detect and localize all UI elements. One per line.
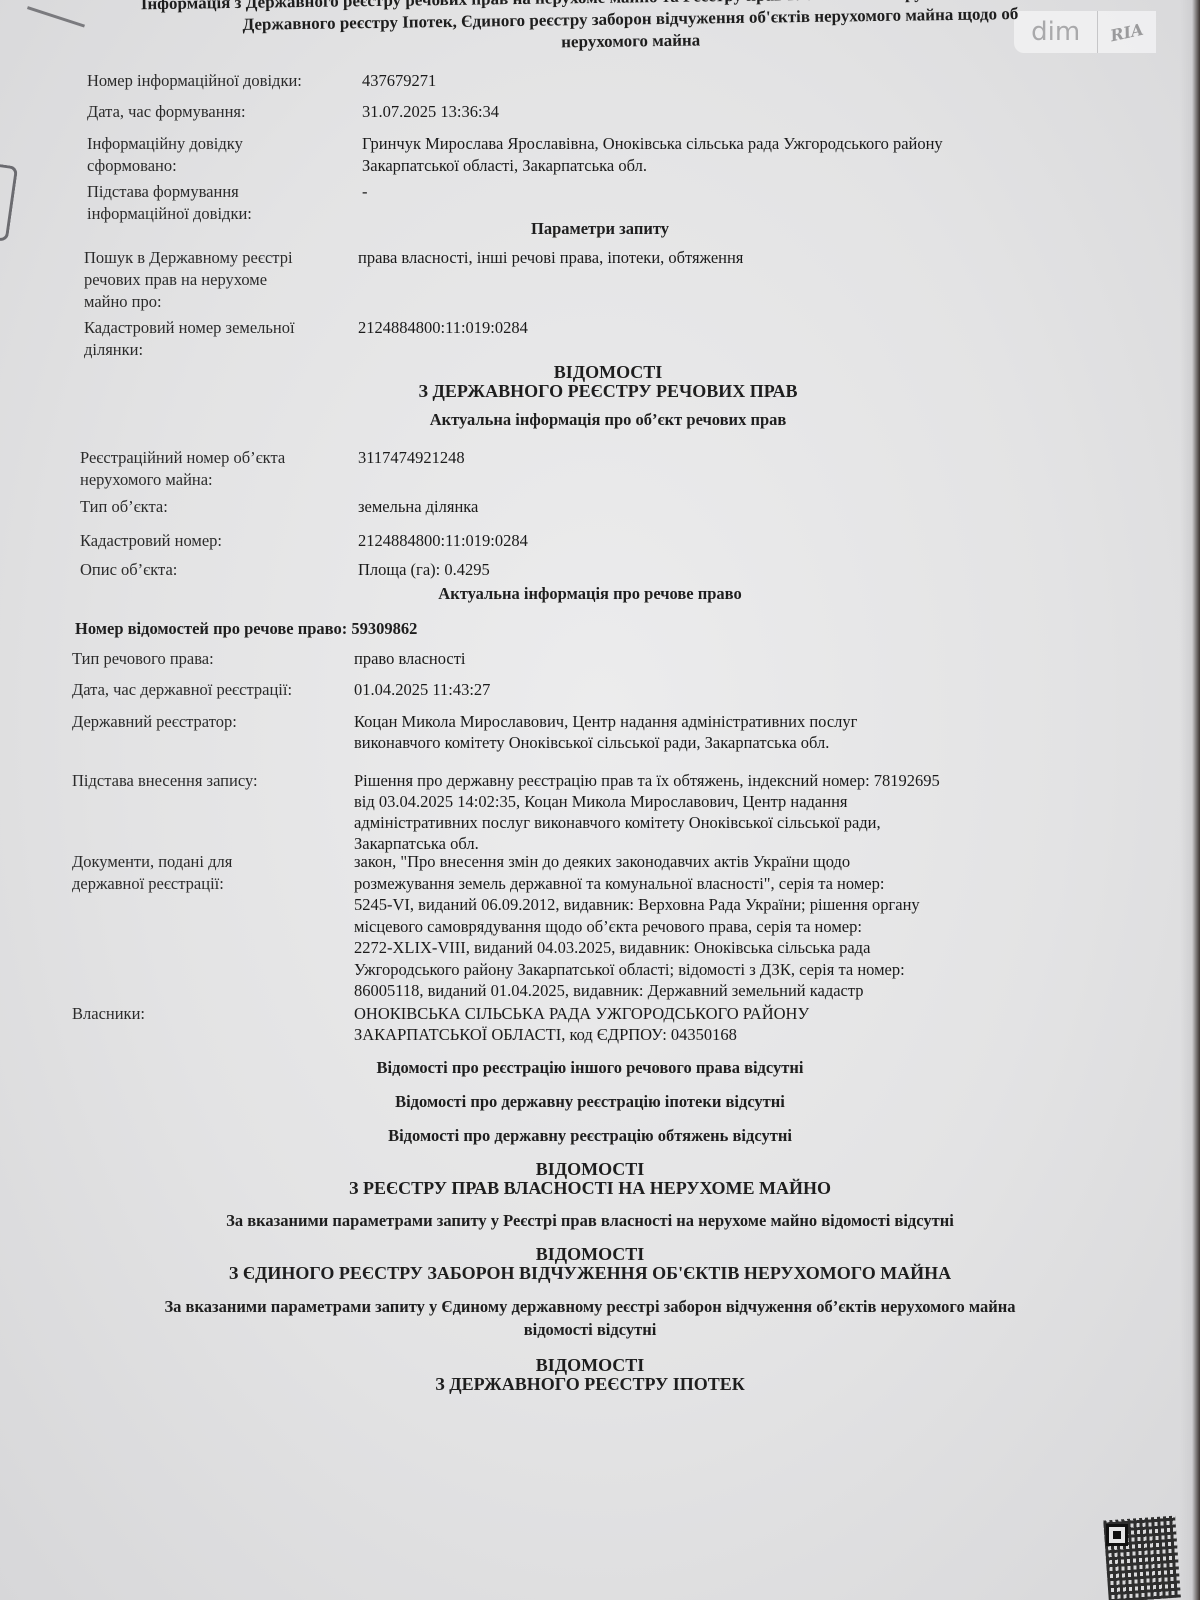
value-line: 01.04.2025 11:43:27 (354, 679, 490, 700)
mortgage-heading-2: З ДЕРЖАВНОГО РЕЄСТРУ ІПОТЕК (0, 1375, 1190, 1394)
field-label: Інформаційну довідкусформовано: (87, 133, 243, 177)
field-value: право власності (354, 648, 466, 669)
prohibitions-note-2: відомості відсутні (0, 1320, 1190, 1340)
value-line: 437679271 (362, 70, 436, 92)
field-value: - (362, 181, 368, 203)
value-line: виконавчого комітету Оноківської сільськ… (354, 732, 857, 753)
value-line: адміністративних послуг виконавчого комі… (354, 812, 940, 833)
ownership-heading-2: З РЕЄСТРУ ПРАВ ВЛАСНОСТІ НА НЕРУХОМЕ МАЙ… (0, 1179, 1190, 1198)
label-line: Тип об’єкта: (80, 496, 168, 518)
value-line: 3117474921248 (358, 447, 465, 469)
document-page: dim RIA Інформація з Державного реєстру … (0, 0, 1200, 1600)
field-label: Власники: (72, 1003, 145, 1024)
field-value: 3117474921248 (358, 447, 465, 469)
field-label: Опис об’єкта: (80, 559, 177, 581)
right-number: Номер відомостей про речове право: 59309… (75, 619, 417, 639)
field-label: Реєстраційний номер об’єктанерухомого ма… (80, 447, 285, 491)
label-line: Власники: (72, 1003, 145, 1024)
field-label: Кадастровий номер земельноїділянки: (84, 317, 295, 361)
label-line: державної реєстрації: (72, 873, 232, 895)
value-line: 2124884800:11:019:0284 (358, 317, 528, 339)
field-label: Кадастровий номер: (80, 530, 222, 552)
label-line: Інформаційну довідку (87, 133, 243, 155)
value-line: 2124884800:11:019:0284 (358, 530, 528, 552)
label-line: Підстава внесення запису: (72, 770, 258, 791)
label-line: Дата, час формування: (87, 101, 246, 123)
field-value: Площа (га): 0.4295 (358, 559, 490, 581)
label-line: Державний реєстратор: (72, 711, 237, 732)
value-line: ЗАКАРПАТСЬКОЇ ОБЛАСТІ, код ЄДРПОУ: 04350… (354, 1024, 809, 1045)
label-line: майно про: (84, 291, 293, 313)
field-label: Тип речового права: (72, 648, 214, 669)
mortgage-heading-1: ВІДОМОСТІ (0, 1356, 1190, 1375)
rights-heading-1: ВІДОМОСТІ (8, 363, 1200, 382)
field-value: 437679271 (362, 70, 436, 92)
field-value: 31.07.2025 13:36:34 (362, 101, 499, 123)
right-heading: Актуальна інформація про речове право (0, 584, 1190, 604)
value-line: Ужгородського району Закарпатської облас… (354, 959, 920, 981)
rights-heading-2: З ДЕРЖАВНОГО РЕЄСТРУ РЕЧОВИХ ПРАВ (8, 382, 1200, 401)
label-line: Підстава формування (87, 181, 252, 203)
absent-note: Відомості про реєстрацію іншого речового… (0, 1058, 1190, 1078)
absent-note: Відомості про державну реєстрацію іпотек… (0, 1092, 1190, 1112)
field-value: Коцан Микола Мирославович, Центр надання… (354, 711, 857, 753)
value-line: від 03.04.2025 14:02:35, Коцан Микола Ми… (354, 791, 940, 812)
value-line: 2272-XLIX-VIII, виданий 04.03.2025, вида… (354, 937, 920, 959)
label-line: ділянки: (84, 339, 295, 361)
value-line: 86005118, виданий 01.04.2025, видавник: … (354, 980, 920, 1002)
value-line: Коцан Микола Мирославович, Центр надання… (354, 711, 857, 732)
qr-finder-pattern-icon (1106, 1524, 1128, 1546)
absent-note: Відомості про державну реєстрацію обтяже… (0, 1126, 1190, 1146)
field-label: Пошук в Державному реєстріречових прав н… (84, 247, 293, 313)
page-corner-fold (27, 0, 93, 28)
field-value: права власності, інші речові права, іпот… (358, 247, 743, 269)
label-line: Кадастровий номер земельної (84, 317, 295, 339)
value-line: Гринчук Мирослава Ярославівна, Оноківськ… (362, 133, 943, 155)
label-line: Документи, подані для (72, 851, 232, 873)
field-label: Дата, час формування: (87, 101, 246, 123)
field-value: Рішення про державну реєстрацію прав та … (354, 770, 940, 854)
field-value: 01.04.2025 11:43:27 (354, 679, 490, 700)
value-line: розмежування земель державної та комунал… (354, 873, 920, 895)
query-heading: Параметри запиту (0, 219, 1200, 239)
field-value: 2124884800:11:019:0284 (358, 317, 528, 339)
label-line: Тип речового права: (72, 648, 214, 669)
label-line: Кадастровий номер: (80, 530, 222, 552)
value-line: Закарпатської області, Закарпатська обл. (362, 155, 943, 177)
value-line: земельна ділянка (358, 496, 478, 518)
document-title: Інформація з Державного реєстру речових … (90, 0, 1131, 60)
field-label: Державний реєстратор: (72, 711, 237, 732)
field-label: Документи, подані длядержавної реєстраці… (72, 851, 232, 894)
ownership-heading-1: ВІДОМОСТІ (0, 1160, 1190, 1179)
field-value: 2124884800:11:019:0284 (358, 530, 528, 552)
label-line: Дата, час державної реєстрації: (72, 679, 292, 700)
field-label: Тип об’єкта: (80, 496, 168, 518)
field-label: Номер інформаційної довідки: (87, 70, 302, 92)
value-line: - (362, 181, 368, 203)
field-label: Підстава внесення запису: (72, 770, 258, 791)
label-line: сформовано: (87, 155, 243, 177)
label-line: Опис об’єкта: (80, 559, 177, 581)
label-line: Реєстраційний номер об’єкта (80, 447, 285, 469)
field-value: ОНОКІВСЬКА СІЛЬСЬКА РАДА УЖГОРОДСЬКОГО Р… (354, 1003, 809, 1045)
object-heading: Актуальна інформація про об’єкт речових … (8, 410, 1200, 430)
value-line: місцевого самоврядування щодо об’єкта ре… (354, 916, 920, 938)
ownership-note: За вказаними параметрами запиту у Реєстр… (0, 1211, 1190, 1231)
value-line: ОНОКІВСЬКА СІЛЬСЬКА РАДА УЖГОРОДСЬКОГО Р… (354, 1003, 809, 1024)
value-line: 31.07.2025 13:36:34 (362, 101, 499, 123)
field-value: земельна ділянка (358, 496, 478, 518)
label-line: Номер інформаційної довідки: (87, 70, 302, 92)
label-line: речових прав на нерухоме (84, 269, 293, 291)
field-value: закон, "Про внесення змін до деяких зако… (354, 851, 920, 1002)
prohibitions-heading-2: З ЄДИНОГО РЕЄСТРУ ЗАБОРОН ВІДЧУЖЕННЯ ОБ'… (0, 1264, 1190, 1283)
value-line: Рішення про державну реєстрацію прав та … (354, 770, 940, 791)
value-line: 5245-VI, виданий 06.09.2012, видавник: В… (354, 894, 920, 916)
value-line: права власності, інші речові права, іпот… (358, 247, 743, 269)
value-line: право власності (354, 648, 466, 669)
label-line: нерухомого майна: (80, 469, 285, 491)
prohibitions-heading-1: ВІДОМОСТІ (0, 1245, 1190, 1264)
label-line: Пошук в Державному реєстрі (84, 247, 293, 269)
value-line: закон, "Про внесення змін до деяких зако… (354, 851, 920, 873)
field-label: Дата, час державної реєстрації: (72, 679, 292, 700)
value-line: Площа (га): 0.4295 (358, 559, 490, 581)
field-value: Гринчук Мирослава Ярославівна, Оноківськ… (362, 133, 943, 177)
prohibitions-note-1: За вказаними параметрами запиту у Єдином… (0, 1297, 1190, 1317)
